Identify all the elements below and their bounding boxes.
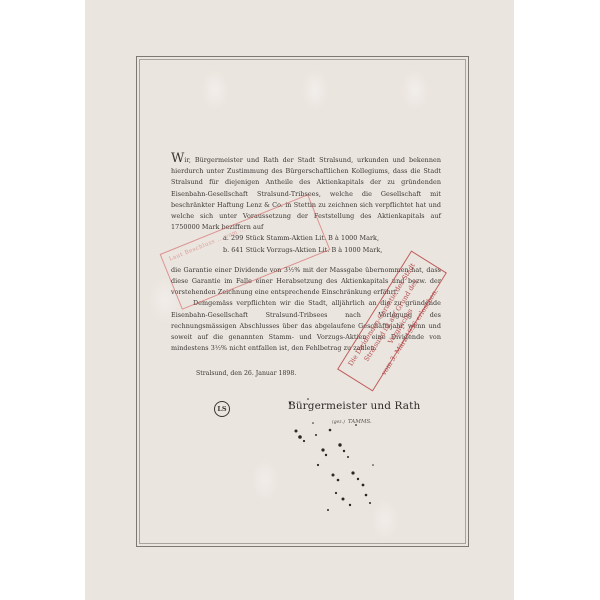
- seal-ls-icon: LS: [214, 401, 230, 417]
- ink-splatter-mark: [278, 395, 388, 520]
- place-date: Stralsund, den 26. Januar 1898.: [196, 370, 296, 377]
- drop-initial: W: [171, 151, 184, 166]
